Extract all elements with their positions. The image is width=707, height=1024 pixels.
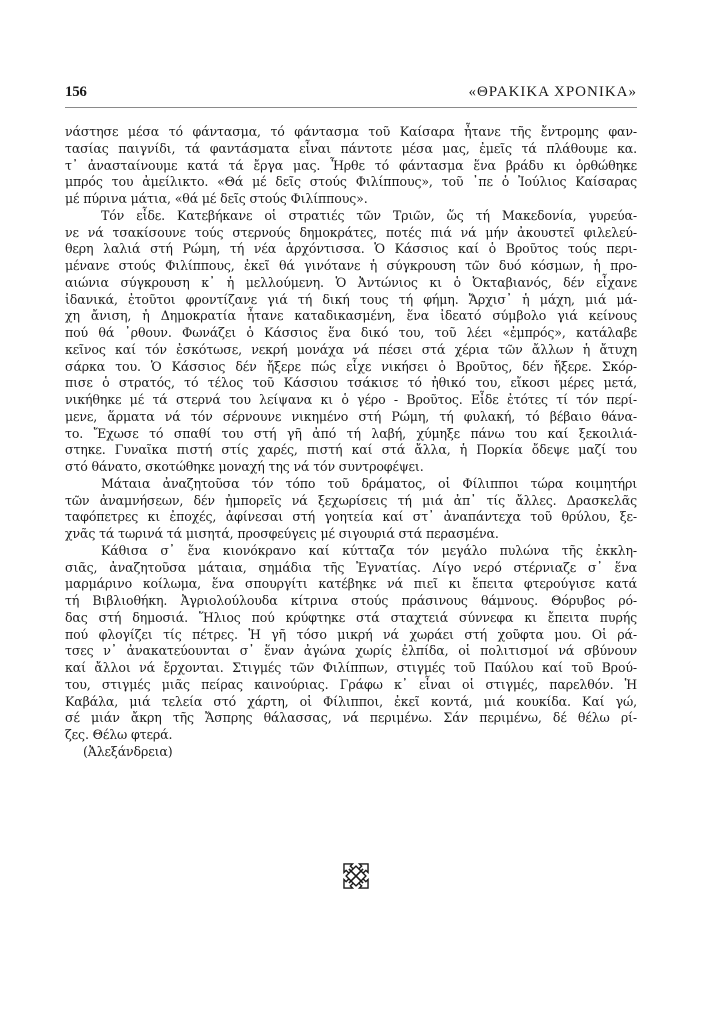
- text-line: τ᾿ ἀνασταίνουμε κατά τά ἔργα μας. Ἦρθε τ…: [65, 158, 637, 175]
- text-line: μπρός του ἀμείλικτο. «Θά μέ δεῖς στούς Φ…: [65, 174, 637, 191]
- text-line: πού φλογίζει τίς πέτρες. Ἡ γῆ τόσο μικρή…: [65, 627, 637, 644]
- text-line: μένανε στούς Φιλίππους, ἐκεῖ θά γινότανε…: [65, 258, 637, 275]
- text-line: Τόν εἶδε. Κατεβήκανε οἱ στρατιές τῶν Τρι…: [65, 208, 637, 225]
- text-line: Μάταια ἀναζητοῦσα τόν τόπο τοῦ δράματος,…: [65, 476, 637, 493]
- greek-key-diamond-ornament-icon: [334, 854, 378, 898]
- text-line: αιώνια σύγκρουση κ᾿ ἡ μελλούμενη. Ὁ Ἀντώ…: [65, 275, 637, 292]
- text-line: σάρκα του. Ὁ Κάσσιος δέν ἤξερε πώς εἶχε …: [65, 359, 637, 376]
- text-line: χνᾶς τά τωρινά τά μισητά, προσφεύγεις μέ…: [65, 526, 637, 543]
- text-line: κεῖνος καί τόν ἐσκότωσε, νεκρή μονάχα νά…: [65, 342, 637, 359]
- text-line: νε νά τσακίσουνε τούς στερνούς δημοκράτε…: [65, 225, 637, 242]
- text-line: μαρμάρινο κοίλωμα, ἕνα σπουργίτι κατέβηκ…: [65, 576, 637, 593]
- text-line: πισε ὁ στρατός, τό τέλος τοῦ Κάσσιου τσά…: [65, 375, 637, 392]
- text-line: θερη λαλιά στή Ρώμη, τή νέα ἀρχόντισσα. …: [65, 241, 637, 258]
- header-rule: [65, 107, 637, 108]
- text-line: ἰδανικά, ἐτοῦτοι φροντίζανε γιά τή δική …: [65, 292, 637, 309]
- text-line: του, στιγμές μιᾶς πείρας καινούριας. Γρά…: [65, 677, 637, 694]
- text-line: μέ πύρινα μάτια, «θά μέ δεῖς στούς Φιλίπ…: [65, 191, 637, 208]
- text-line: νικήθηκε μέ τά στερνά του λείψανα κι ὁ γ…: [65, 392, 637, 409]
- text-line: στό θάνατο, σκοτώθηκε μοναχή της νά τόν …: [65, 459, 637, 476]
- text-line: Κάθισα σ᾿ ἕνα κιονόκρανο καί κύτταζα τόν…: [65, 543, 637, 560]
- place-signature: (Ἀλεξάνδρεια): [65, 744, 637, 761]
- text-line: καί ἄλλοι νά ἔρχονται. Στιγμές τῶν Φιλίπ…: [65, 660, 637, 677]
- running-title: «ΘΡΑΚΙΚΑ ΧΡΟΝΙΚΑ»: [468, 84, 637, 101]
- text-line: σέ μιάν ἄκρη τῆς Ἄσπρης θάλασσας, νά περ…: [65, 710, 637, 727]
- page-number: 156: [65, 84, 87, 101]
- text-line: τῶν ἀναμνήσεων, δέν ἠμπορεῖς νά ξεχωρίσε…: [65, 493, 637, 510]
- text-line: δας στή δημοσιά. Ἥλιος πού κρύφτηκε στά …: [65, 610, 637, 627]
- text-line: Καβάλα, μιά τελεία στό χάρτη, οἱ Φίλιππο…: [65, 694, 637, 711]
- body-text: νάστησε μέσα τό φάντασμα, τό φάντασμα το…: [65, 124, 637, 761]
- text-line: σιᾶς, ἀναζητοῦσα μάταια, σημάδια τῆς Ἐγν…: [65, 560, 637, 577]
- text-line: μενε, ἅρματα νά τόν σέρνουνε νικημένο στ…: [65, 409, 637, 426]
- text-line: χη ἄνιση, ἡ Δημοκρατία ἦτανε καταδικασμέ…: [65, 308, 637, 325]
- text-line: το. Ἔχωσε τό σπαθί του στή γῆ ἀπό τή λαβ…: [65, 426, 637, 443]
- text-line: τασίας παιγνίδι, τά φαντάσματα εἶναι πάν…: [65, 141, 637, 158]
- text-line: τή Βιβλιοθήκη. Ἀγριολούλουδα κίτρινα στο…: [65, 593, 637, 610]
- text-line: πού θά ᾿ρθουν. Φωνάζει ὁ Κάσσιος ἕνα δικ…: [65, 325, 637, 342]
- page-header: 156 «ΘΡΑΚΙΚΑ ΧΡΟΝΙΚΑ»: [65, 84, 637, 106]
- text-line: ταφόπετρες κι ἐποχές, ἀφίνεσαι στή γοητε…: [65, 509, 637, 526]
- text-line: νάστησε μέσα τό φάντασμα, τό φάντασμα το…: [65, 124, 637, 141]
- text-line: τσες ν᾿ ἀνακατεύουνται σ᾿ ἕναν ἀγώνα χωρ…: [65, 643, 637, 660]
- text-line: στηκε. Γυναῖκα πιστή στίς χαρές, πιστή κ…: [65, 442, 637, 459]
- text-line: ζες. Θέλω φτερά.: [65, 727, 637, 744]
